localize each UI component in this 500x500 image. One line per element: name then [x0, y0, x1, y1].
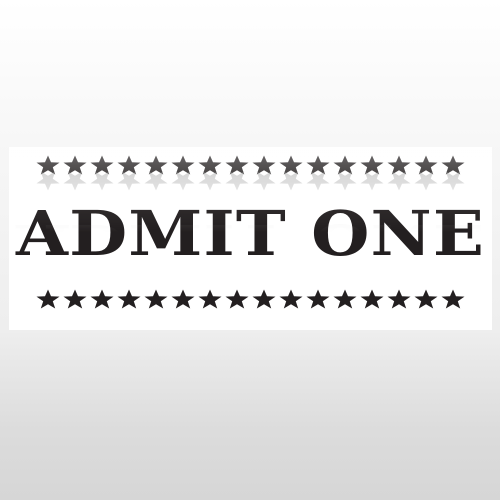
star-icon	[251, 305, 277, 325]
star-icon	[251, 171, 277, 191]
star-icon	[62, 305, 88, 325]
star-icon	[359, 171, 385, 191]
star-icon	[89, 171, 115, 191]
star-icon	[35, 305, 61, 325]
star-icon	[305, 305, 331, 325]
star-icon	[440, 171, 466, 191]
banner-reflection: ADMIT ONE	[9, 150, 492, 333]
star-icon	[224, 305, 250, 325]
reflection-bottom-star-row	[9, 171, 492, 191]
star-icon	[440, 305, 466, 325]
star-icon	[359, 305, 385, 325]
star-icon	[332, 305, 358, 325]
star-icon	[224, 171, 250, 191]
star-icon	[62, 171, 88, 191]
star-icon	[143, 171, 169, 191]
reflection-title: ADMIT ONE	[9, 211, 492, 281]
star-icon	[413, 305, 439, 325]
star-icon	[197, 171, 223, 191]
star-icon	[386, 171, 412, 191]
star-icon	[278, 171, 304, 191]
star-icon	[116, 305, 142, 325]
star-icon	[116, 171, 142, 191]
star-icon	[143, 305, 169, 325]
star-icon	[305, 171, 331, 191]
star-icon	[278, 305, 304, 325]
star-icon	[35, 171, 61, 191]
star-icon	[197, 305, 223, 325]
star-icon	[170, 171, 196, 191]
reflection-top-star-row	[9, 305, 492, 325]
star-icon	[386, 305, 412, 325]
star-icon	[89, 305, 115, 325]
star-icon	[170, 305, 196, 325]
star-icon	[413, 171, 439, 191]
star-icon	[332, 171, 358, 191]
